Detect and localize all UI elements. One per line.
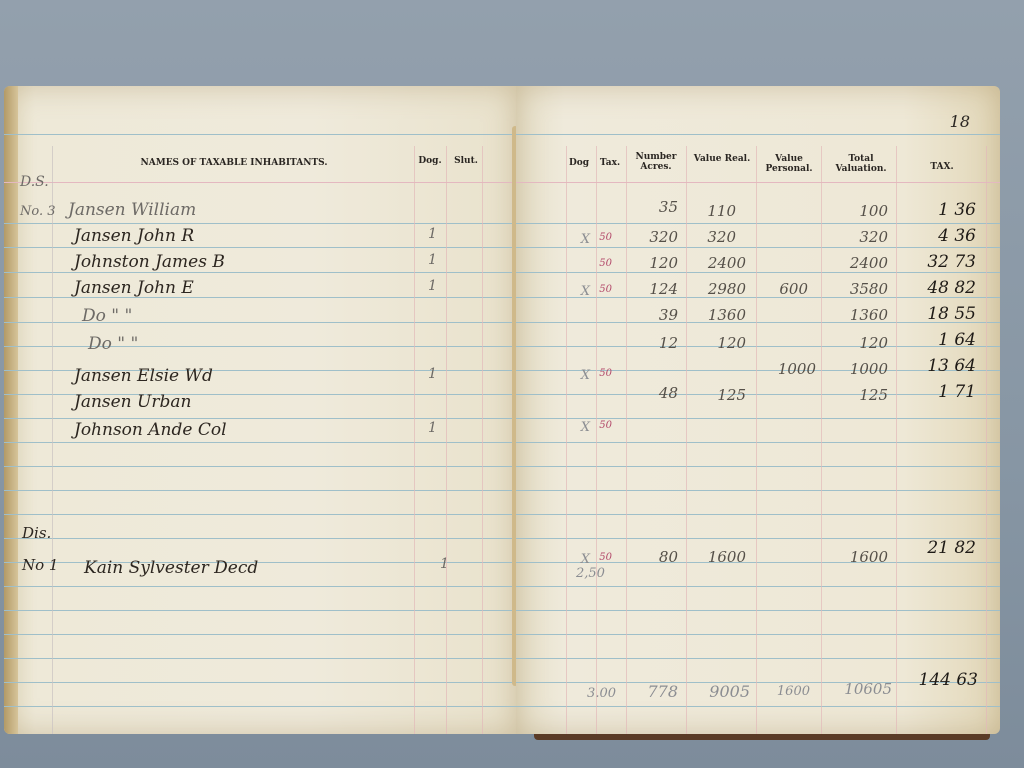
tax-amount-cell: 21 82: [906, 538, 976, 558]
value-real-cell: 320: [686, 228, 736, 246]
dog-count: 1: [428, 420, 437, 436]
page-edge: [4, 86, 18, 734]
name-entry: Jansen John E: [74, 278, 194, 298]
value-personal-cell: 600: [760, 280, 808, 298]
dog-mark: X: [576, 552, 590, 567]
dog-header: Dog.: [414, 156, 446, 166]
name-entry: Johnson Ande Col: [74, 420, 227, 440]
value-real-cell: 125: [686, 386, 746, 404]
name-entry: Do " ": [82, 306, 132, 326]
acres-cell: 12: [628, 334, 678, 352]
total-cell: 320: [826, 228, 888, 246]
value-real-cell: 2980: [686, 280, 746, 298]
acres-cell: 80: [628, 548, 678, 566]
dog-count: 1: [428, 366, 437, 382]
name-entry: Kain Sylvester Decd: [84, 558, 258, 578]
tax-header: Tax.: [594, 158, 626, 168]
dog-mark: X: [576, 232, 590, 247]
total-tax: 3.00: [576, 686, 616, 701]
total-cell: 100: [826, 202, 888, 220]
tax-cell: 50: [596, 232, 612, 243]
dog-count: 1: [428, 252, 437, 268]
value-real-cell: 2400: [686, 254, 746, 272]
tax-amount-header: TAX.: [912, 162, 972, 172]
acres-header: Number Acres.: [628, 152, 684, 172]
margin-note: No. 3: [20, 204, 56, 219]
page-number: 18: [950, 112, 970, 131]
value-real-cell: 1600: [686, 548, 746, 566]
tax-amount-cell: 4 36: [906, 226, 976, 246]
total-personal: 1600: [760, 684, 810, 699]
total-cell: 120: [826, 334, 888, 352]
value-real-cell: 120: [686, 334, 746, 352]
acres-cell: 48: [628, 384, 678, 402]
margin-note: No 1: [22, 556, 58, 574]
total-acres: 778: [628, 682, 678, 701]
dog-mark: X: [576, 368, 590, 383]
total-cell: 1000: [826, 360, 888, 378]
acres-cell: 39: [628, 306, 678, 324]
tax-amount-cell: 32 73: [906, 252, 976, 272]
total-real: 9005: [686, 682, 750, 701]
value-personal-cell: 1000: [760, 360, 816, 378]
dog-header: Dog: [564, 158, 594, 168]
total-cell: 1600: [826, 548, 888, 566]
tax-cell: 50: [596, 258, 612, 269]
total-cell: 2400: [826, 254, 888, 272]
name-entry: Jansen John R: [74, 226, 194, 246]
tax-cell: 50: [596, 368, 612, 379]
tax-amount-cell: 1 64: [906, 330, 976, 350]
value-real-cell: 1360: [686, 306, 746, 324]
dog-count: 1: [440, 556, 449, 572]
slut-header: Slut.: [450, 156, 482, 166]
dog-mark: X: [576, 284, 590, 299]
tax-amount-cell: 1 36: [906, 200, 976, 220]
names-header: NAMES OF TAXABLE INHABITANTS.: [134, 158, 334, 168]
subnote: 2,50: [576, 566, 626, 581]
total-cell: 1360: [826, 306, 888, 324]
tax-amount-cell: 48 82: [906, 278, 976, 298]
tax-amount-cell: 18 55: [906, 304, 976, 324]
tax-amount-cell: 1 71: [906, 382, 976, 402]
value-real-header: Value Real.: [692, 154, 752, 164]
tax-amount-cell: 13 64: [906, 356, 976, 376]
acres-cell: 320: [628, 228, 678, 246]
dog-count: 1: [428, 226, 437, 242]
value-personal-header: Value Personal.: [756, 154, 822, 174]
left-page: NAMES OF TAXABLE INHABITANTS. Dog. Slut.…: [4, 86, 516, 734]
acres-cell: 120: [628, 254, 678, 272]
ledger-book: NAMES OF TAXABLE INHABITANTS. Dog. Slut.…: [4, 86, 1000, 734]
margin-note: Dis.: [22, 524, 51, 542]
name-entry: Do " ": [88, 334, 138, 354]
total-valuation: 10605: [826, 680, 892, 698]
name-entry: Johnston James B: [74, 252, 225, 272]
tax-cell: 50: [596, 284, 612, 295]
acres-cell: 124: [628, 280, 678, 298]
total-tax-amount: 144 63: [902, 670, 978, 690]
right-page: 18 Dog Tax. Number Acres. Value Real. Va…: [516, 86, 1000, 734]
total-cell: 3580: [826, 280, 888, 298]
acres-cell: 35: [628, 198, 678, 216]
dog-mark: X: [576, 420, 590, 435]
name-entry: Jansen Elsie Wd: [74, 366, 213, 386]
tax-cell: 50: [596, 552, 612, 563]
tax-cell: 50: [596, 420, 612, 431]
name-entry: Jansen Urban: [74, 392, 191, 412]
total-valuation-header: Total Valuation.: [826, 154, 896, 174]
margin-note: D.S.: [20, 174, 49, 190]
value-real-cell: 110: [686, 202, 736, 220]
total-cell: 125: [826, 386, 888, 404]
name-entry: Jansen William: [68, 200, 196, 220]
dog-count: 1: [428, 278, 437, 294]
